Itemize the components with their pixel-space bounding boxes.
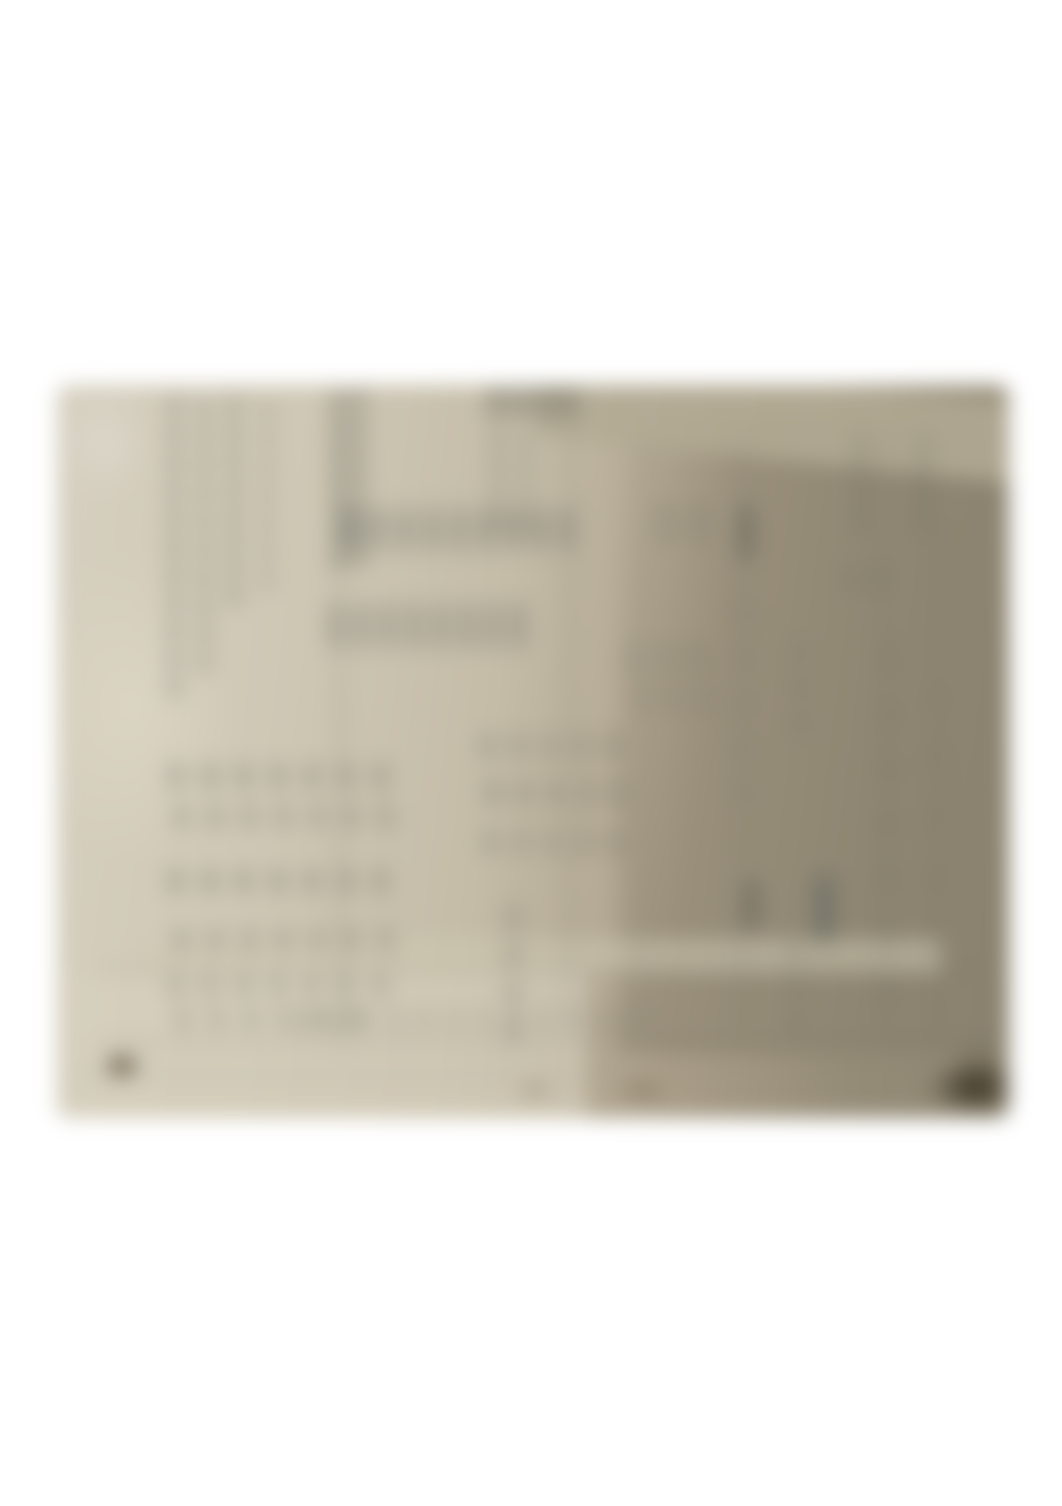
ink-spots-layer [57, 385, 1009, 1118]
ink-spot [612, 1077, 672, 1103]
blurred-document-photo [57, 385, 1009, 1118]
photo-blur-wrapper [57, 385, 1009, 1118]
ink-spot [101, 1051, 143, 1081]
ink-spot [925, 1061, 1009, 1115]
ink-spot [512, 1080, 557, 1100]
page-background [0, 0, 1062, 1506]
